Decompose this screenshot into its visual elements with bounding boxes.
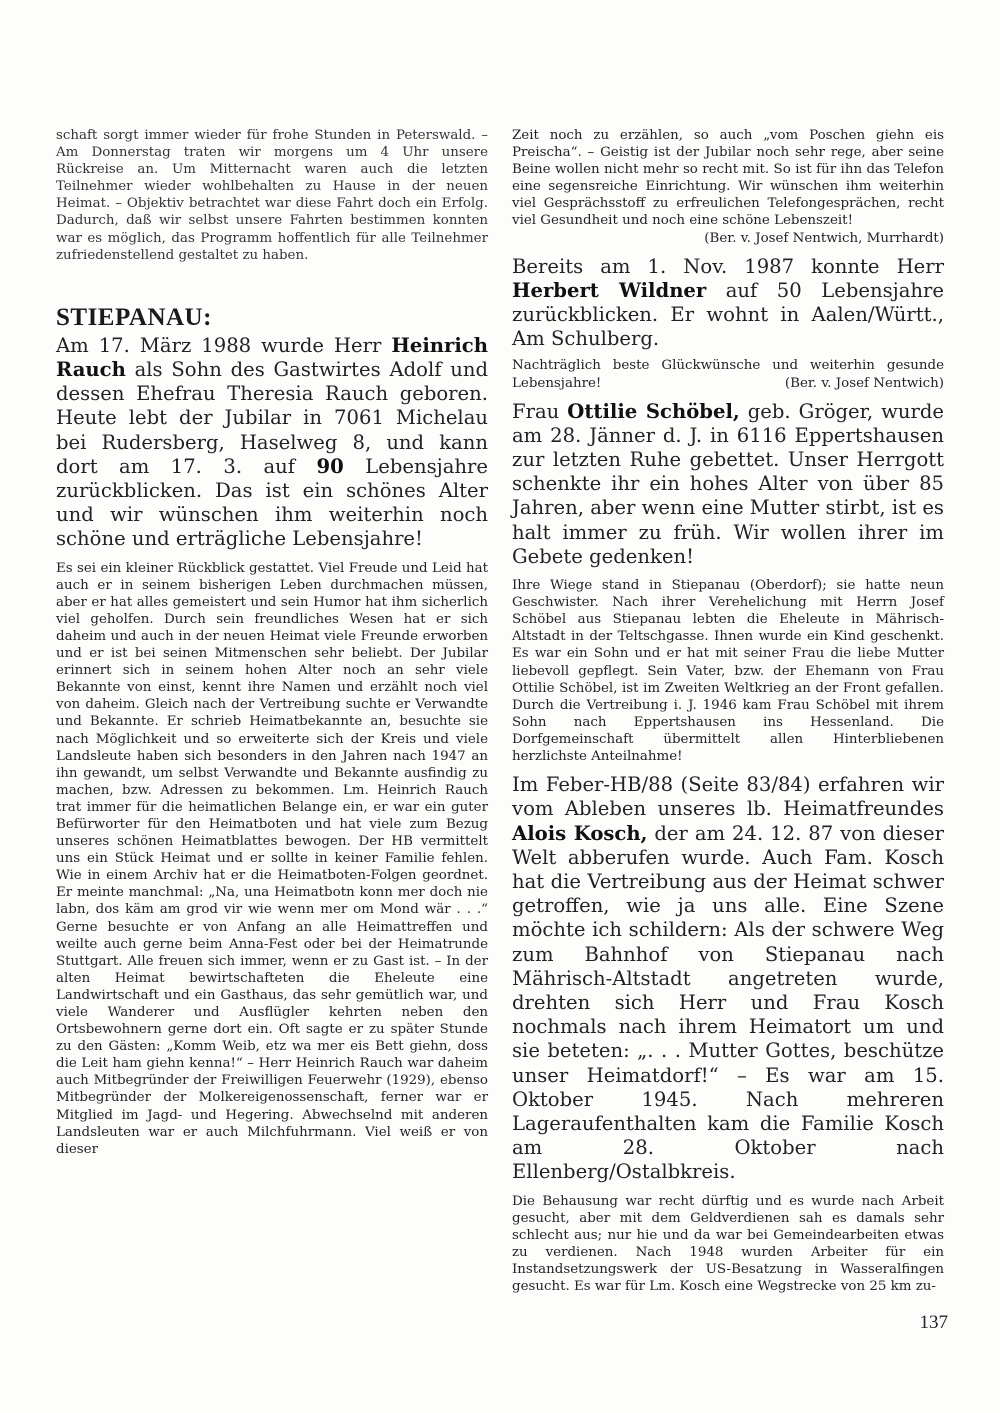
schoebel-name: Ottilie Schöbel, — [567, 400, 739, 423]
kosch-lead-paragraph: Im Feber-HB/88 (Seite 83/84) erfahren wi… — [512, 773, 944, 1184]
kosch-lead-text-2: der am 24. 12. 87 von dieser Welt abberu… — [512, 822, 944, 1184]
rauch-continuation-paragraph: Zeit noch zu erzählen, so auch „vom Posc… — [512, 127, 944, 230]
schoebel-lead-text-1: Frau — [512, 400, 567, 423]
wildner-name: Herbert Wildner — [512, 279, 706, 302]
kosch-body-paragraph: Die Behausung war recht dürftig und es w… — [512, 1193, 944, 1296]
schoebel-lead-text-2: geb. Gröger, wurde am 28. Jänner d. J. i… — [512, 400, 944, 568]
page-number: 137 — [920, 1312, 949, 1334]
section-heading-stiepanau: STIEPANAU: — [56, 304, 488, 332]
schoebel-lead-paragraph: Frau Ottilie Schöbel, geb. Gröger, wurde… — [512, 398, 944, 569]
wildner-credit: (Ber. v. Josef Nentwich) — [785, 375, 944, 392]
wildner-lead-text-1: Bereits am 1. Nov. 1987 konnte Herr — [512, 255, 944, 278]
rauch-credit: (Ber. v. Josef Nentwich, Murrhardt) — [704, 230, 944, 247]
rauch-lead-paragraph: Am 17. März 1988 wurde Herr Heinrich Rau… — [56, 334, 488, 552]
rauch-lead-text-1: Am 17. März 1988 wurde Herr — [56, 334, 391, 357]
kosch-name: Alois Kosch, — [512, 822, 647, 845]
right-column: Zeit noch zu erzählen, so auch „vom Posc… — [512, 127, 944, 1295]
rauch-age: 90 — [317, 455, 344, 478]
wildner-body-paragraph: Nachträglich beste Glückwünsche und weit… — [512, 357, 944, 391]
kosch-lead-text-1: Im Feber-HB/88 (Seite 83/84) erfahren wi… — [512, 773, 944, 820]
wildner-lead-paragraph: Bereits am 1. Nov. 1987 konnte Herr Herb… — [512, 247, 944, 352]
left-column: schaft sorgt immer wieder für frohe Stun… — [56, 127, 488, 1158]
schoebel-body-paragraph: Ihre Wiege stand in Stiepanau (Oberdorf)… — [512, 577, 944, 765]
intro-paragraph: schaft sorgt immer wieder für frohe Stun… — [56, 127, 488, 264]
rauch-continuation-text: Zeit noch zu erzählen, so auch „vom Posc… — [512, 128, 944, 228]
rauch-body-paragraph: Es sei ein kleiner Rückblick gestattet. … — [56, 560, 488, 1158]
